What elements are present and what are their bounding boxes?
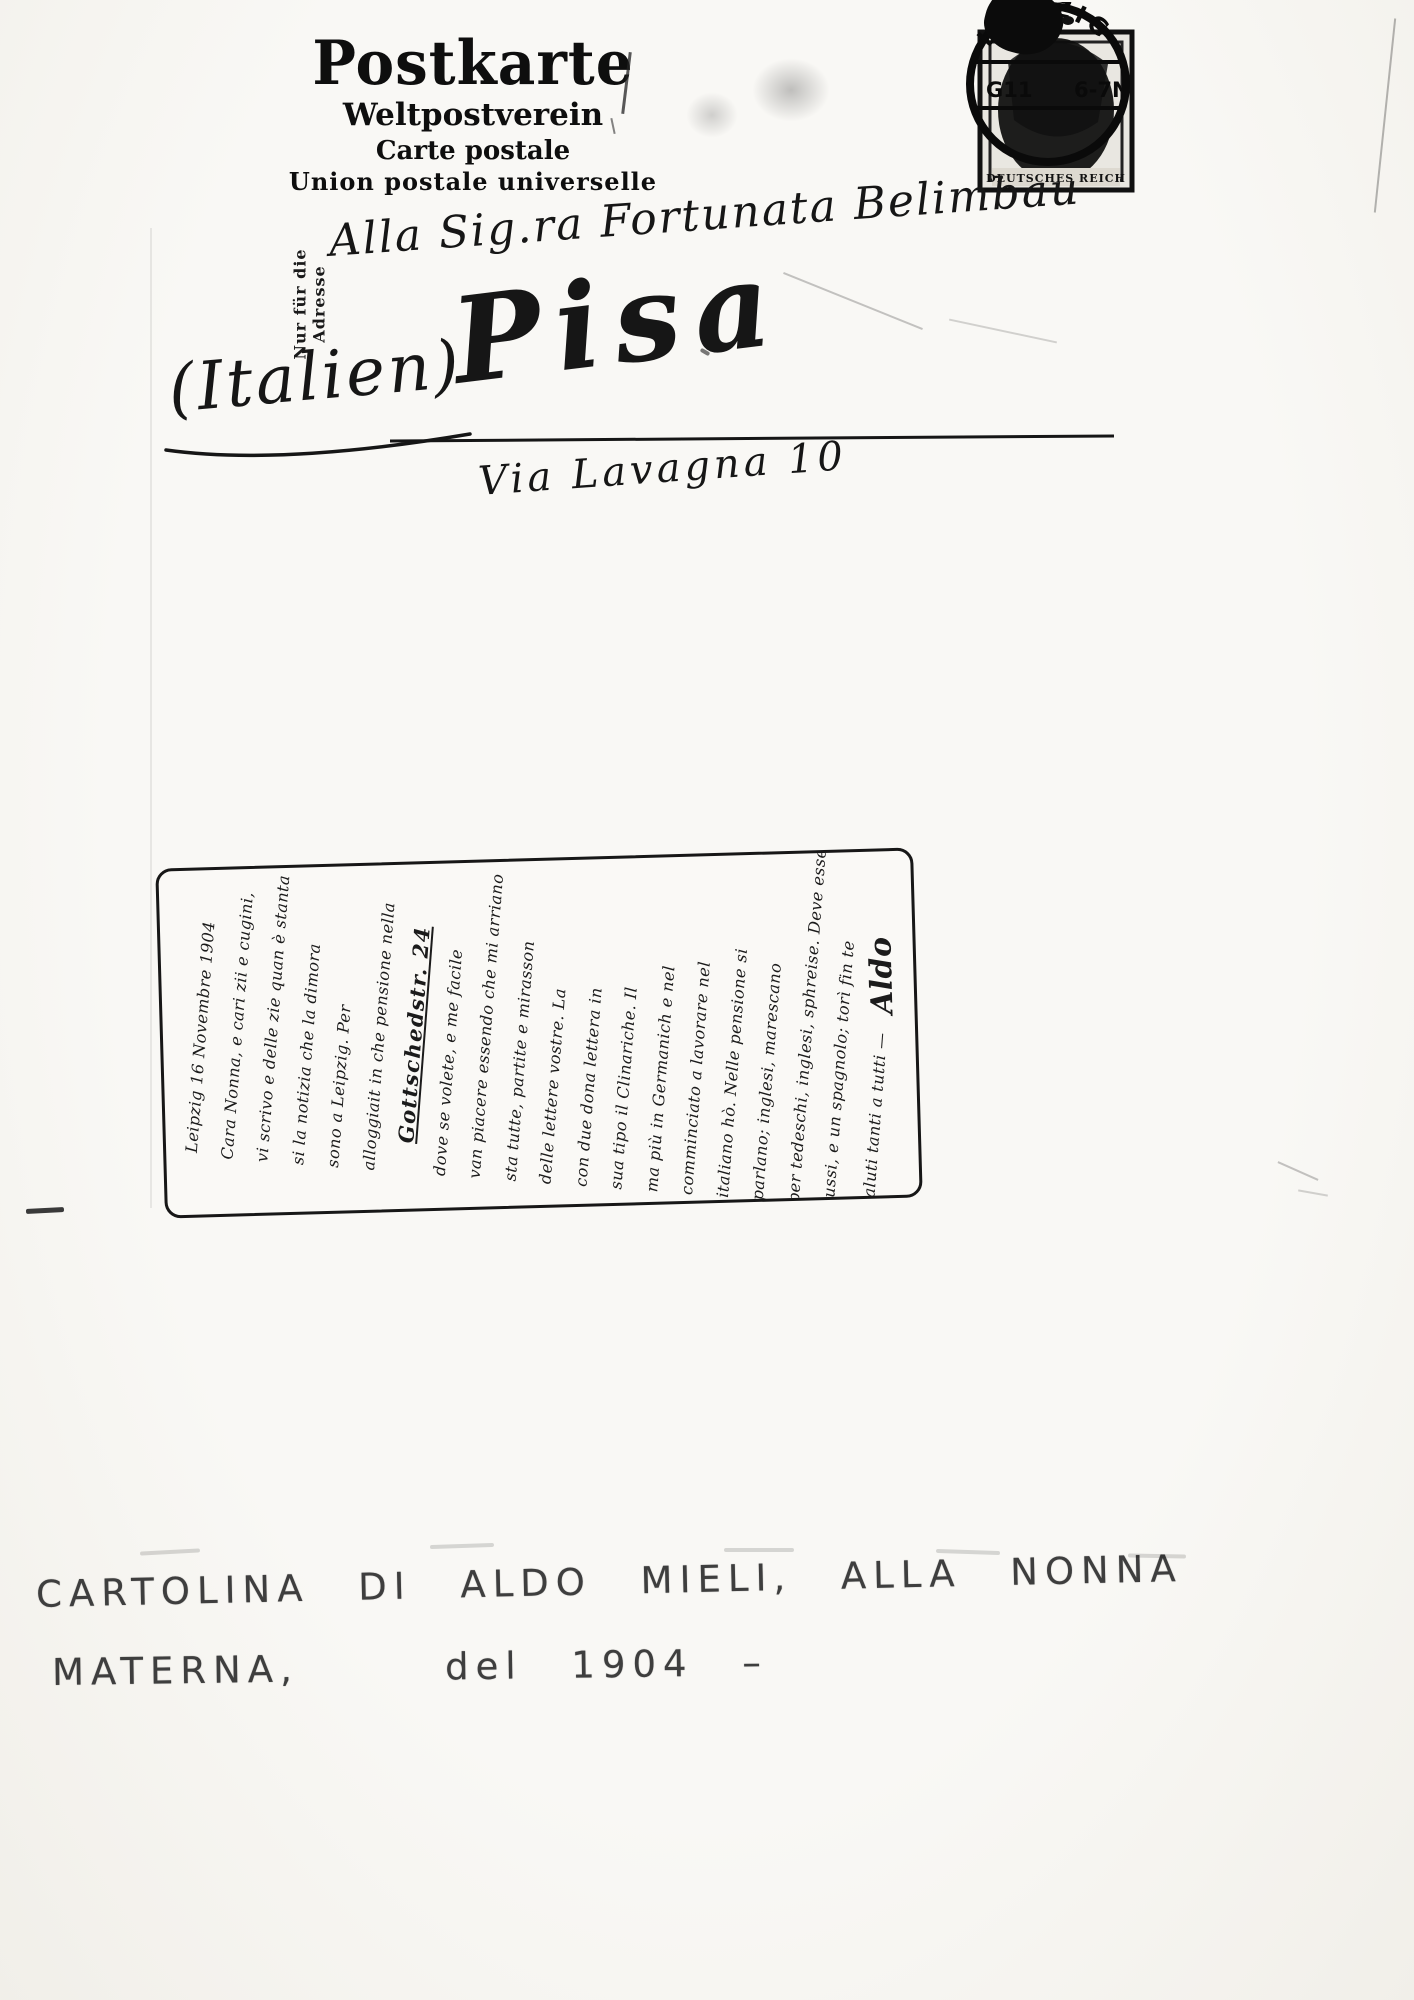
faint-pen-stroke	[949, 319, 1057, 344]
country-underline-swash	[160, 428, 490, 466]
scanned-postcard-page: Postkarte Weltpostverein Carte postale U…	[0, 0, 1414, 2000]
pencil-dash-mark	[26, 1207, 64, 1214]
postkarte-title: Postkarte	[238, 33, 708, 94]
postmark-code-left: G11	[986, 78, 1032, 102]
carte-postale-line: Carte postale	[238, 138, 708, 164]
message-signature: Aldo	[863, 936, 901, 1015]
message-rotated-text: Leipzig 16 Novembre 1904 Cara Nonna, e c…	[174, 856, 905, 1210]
address-country: (Italien)	[165, 325, 465, 427]
weltpostverein-line: Weltpostverein	[238, 100, 708, 131]
address-city: Pisa	[445, 232, 792, 410]
pencil-smudge	[724, 1548, 794, 1552]
postcard-printed-header: Postkarte Weltpostverein Carte postale U…	[238, 34, 708, 194]
smudge-mark	[686, 92, 738, 138]
pencil-smudge	[430, 1543, 494, 1549]
pencil-caption-line2: MATERNA, del 1904 –	[52, 1641, 768, 1694]
pencil-caption-line1: CARTOLINA DI ALDO MIELI, ALLA NONNA	[36, 1547, 1184, 1616]
address-street-line: Via Lavagna 10	[477, 433, 849, 505]
faint-pen-stroke	[783, 272, 923, 330]
union-postale-line: Union postale universelle	[238, 170, 708, 194]
crease-mark	[1277, 1161, 1318, 1181]
message-card: Leipzig 16 Novembre 1904 Cara Nonna, e c…	[155, 847, 922, 1218]
scratch-line	[1374, 18, 1396, 212]
postcard-edge-shadow	[150, 228, 152, 1208]
smudge-mark	[752, 58, 830, 122]
ink-dot-top	[1062, 16, 1074, 25]
crease-mark	[1298, 1189, 1328, 1196]
postmark-code-right: 6-7N	[1074, 78, 1130, 102]
pencil-smudge	[140, 1548, 200, 1555]
